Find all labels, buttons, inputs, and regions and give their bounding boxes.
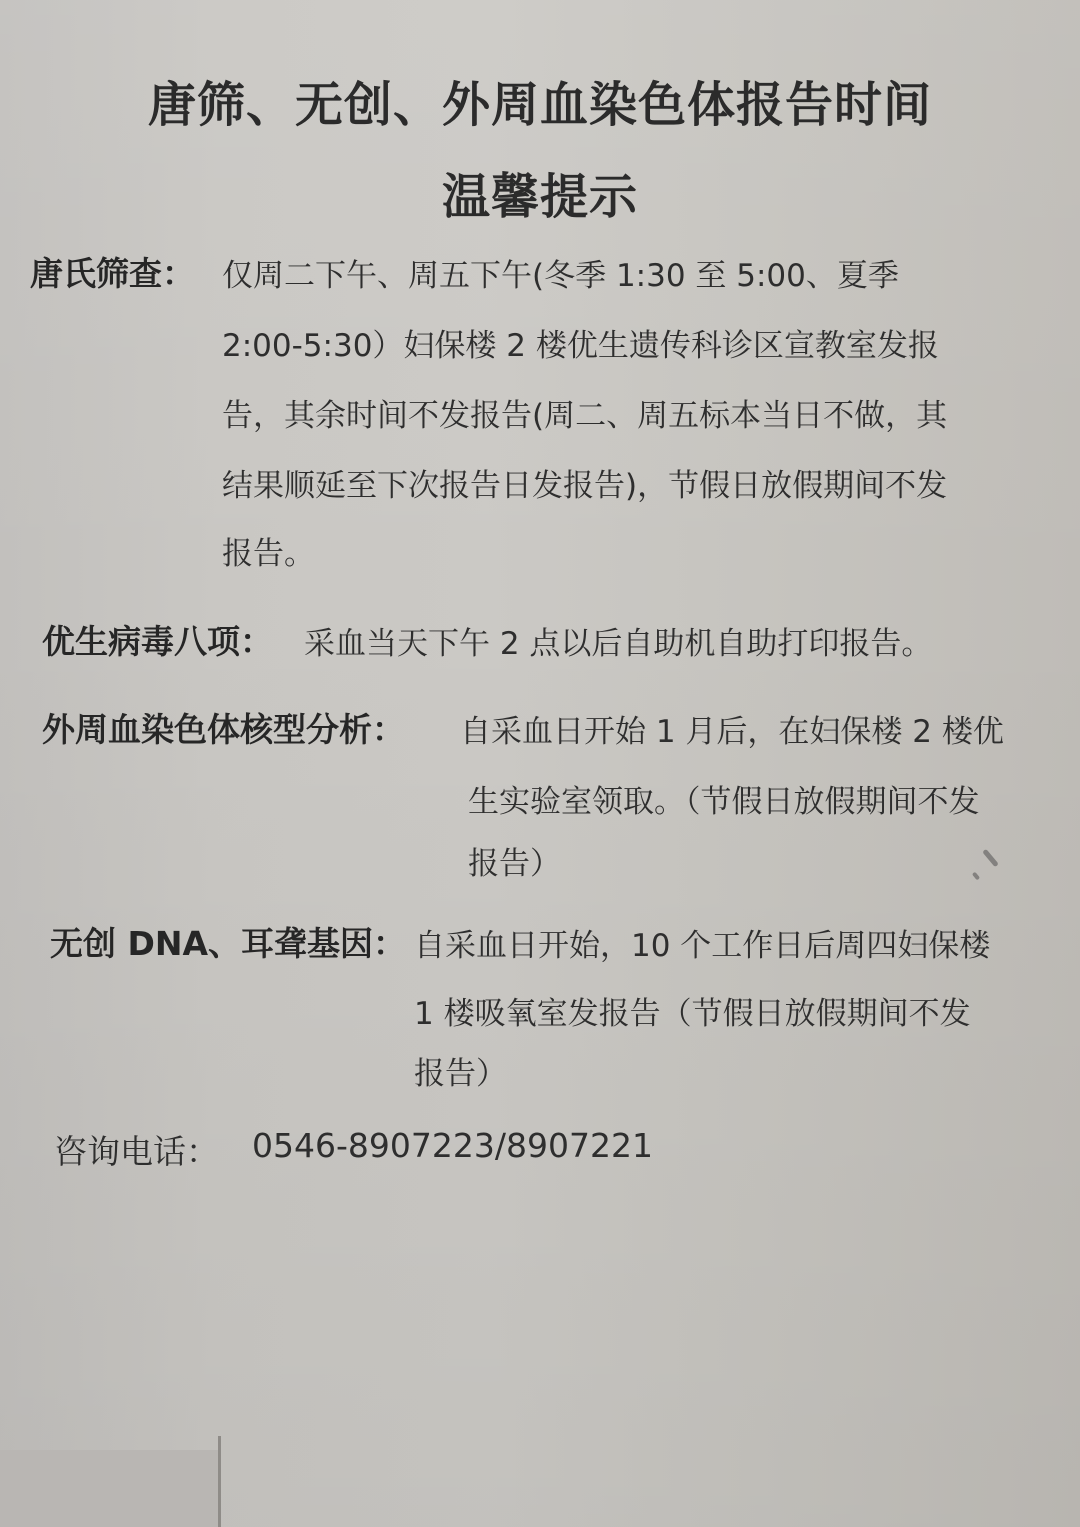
section-line: 2:00-5:30）妇保楼 2 楼优生遗传科诊区宣教室发报 xyxy=(222,320,939,365)
paper-smudge xyxy=(972,872,980,881)
section-line: 告，其余时间不发报告(周二、周五标本当日不做，其 xyxy=(222,390,947,435)
contact-label: 咨询电话： xyxy=(54,1126,219,1173)
section-line: 报告） xyxy=(468,838,561,883)
section-line: 采血当天下午 2 点以后自助机自助打印报告。 xyxy=(304,618,932,663)
section-label: 唐氏筛查： xyxy=(30,248,195,295)
contact-phone: 0546-8907223/8907221 xyxy=(252,1126,653,1165)
notice-subtitle: 温馨提示 xyxy=(0,158,1080,227)
section-line: 生实验室领取。（节假日放假期间不发 xyxy=(468,776,980,821)
paper-fold-edge xyxy=(218,1436,221,1527)
section-label: 优生病毒八项： xyxy=(42,616,273,663)
section-line: 结果顺延至下次报告日发报告)，节假日放假期间不发 xyxy=(222,460,947,505)
section-line: 自采血日开始 1 月后，在妇保楼 2 楼优 xyxy=(460,706,1004,751)
section-line: 仅周二下午、周五下午(冬季 1:30 至 5:00、夏季 xyxy=(222,250,899,295)
section-label: 无创 DNA、耳聋基因： xyxy=(50,918,406,965)
section-label: 外周血染色体核型分析： xyxy=(42,704,405,751)
section-line: 报告。 xyxy=(222,528,315,573)
section-line: 1 楼吸氧室发报告（节假日放假期间不发 xyxy=(414,988,971,1033)
paper-background xyxy=(0,0,1080,1527)
paper-smudge xyxy=(982,849,999,868)
notice-title: 唐筛、无创、外周血染色体报告时间 xyxy=(0,66,1080,135)
paper-fold-shadow xyxy=(0,1450,220,1527)
section-line: 报告） xyxy=(414,1048,507,1093)
section-line: 自采血日开始，10 个工作日后周四妇保楼 xyxy=(414,920,990,965)
